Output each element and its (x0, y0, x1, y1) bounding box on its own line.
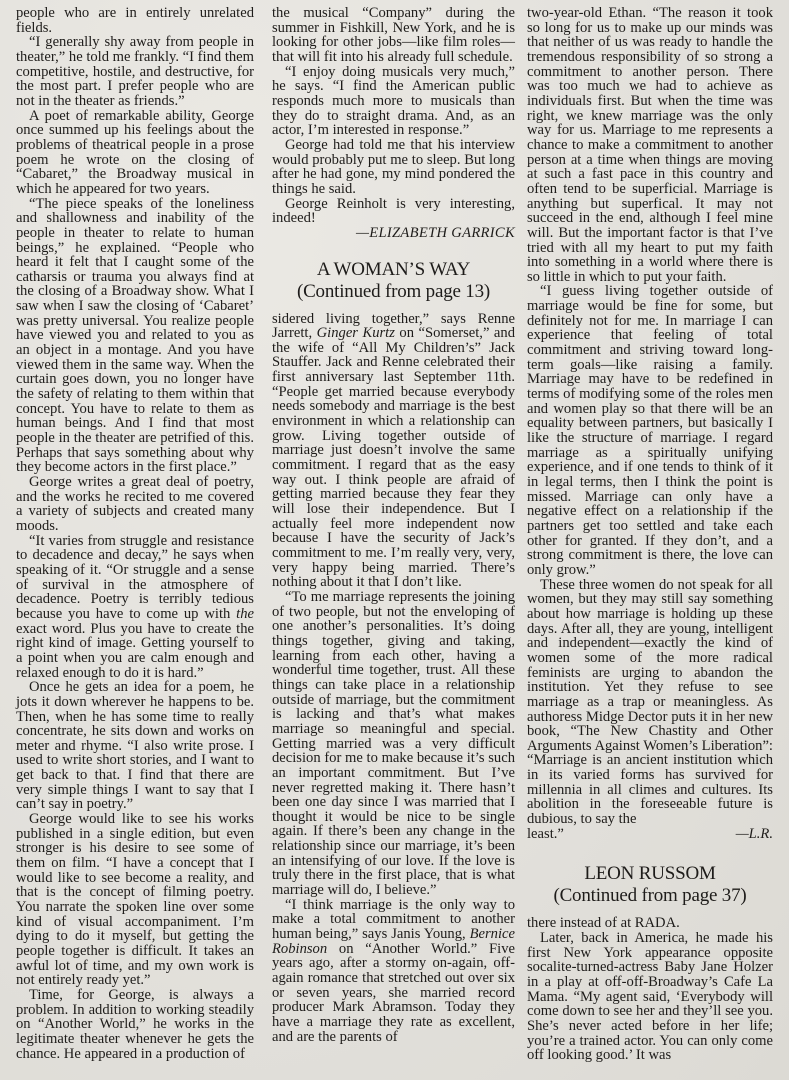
text: least.” (527, 827, 564, 842)
paragraph: Later, back in America, he made his firs… (527, 931, 773, 1063)
text: on “Somerset,” and the wife of “All My C… (272, 325, 515, 590)
headline-title: A WOMAN’S WAY (272, 259, 515, 280)
paragraph: the musical “Company” during the summer … (272, 6, 515, 65)
headline-title: LEON RUSSOM (527, 863, 773, 884)
italic-text: the (236, 606, 254, 622)
paragraph: George had told me that his interview wo… (272, 138, 515, 197)
text: “It varies from struggle and resistance … (16, 533, 254, 622)
column-2: the musical “Company” during the summer … (272, 6, 515, 1044)
paragraph: George would like to see his works publi… (16, 812, 254, 988)
author-byline: —ELIZABETH GARRICK (272, 226, 515, 241)
paragraph: “I think marriage is the only way to mak… (272, 898, 515, 1045)
paragraph: “To me marriage represents the joining o… (272, 590, 515, 898)
magazine-page: people who are in entirely unrelated fie… (0, 0, 789, 1080)
paragraph: “I guess living together outside of marr… (527, 284, 773, 577)
paragraph: “It varies from struggle and resistance … (16, 534, 254, 681)
headline-continued: (Continued from page 13) (272, 281, 515, 302)
paragraph: “I generally shy away from people in the… (16, 35, 254, 108)
italic-text: Ginger Kurtz (317, 325, 395, 341)
paragraph: George writes a great deal of poetry, an… (16, 475, 254, 534)
text: on “Another World.” Five years ago, afte… (272, 941, 515, 1045)
paragraph: George Reinholt is very interesting, ind… (272, 197, 515, 226)
article-headline-a-womans-way: A WOMAN’S WAY (Continued from page 13) (272, 259, 515, 302)
article-headline-leon-russom: LEON RUSSOM (Continued from page 37) (527, 863, 773, 906)
paragraph: “The piece speaks of the loneliness and … (16, 197, 254, 475)
paragraph: sidered living together,” says Renne Jar… (272, 312, 515, 590)
paragraph: there instead of at RADA. (527, 916, 773, 931)
paragraph: Once he gets an idea for a poem, he jots… (16, 680, 254, 812)
paragraph: people who are in entirely unrelated fie… (16, 6, 254, 35)
column-3: two-year-old Ethan. “The reason it took … (527, 6, 773, 1063)
paragraph: A poet of remarkable ability, George onc… (16, 109, 254, 197)
paragraph: “I enjoy doing musicals very much,” he s… (272, 65, 515, 138)
text: exact word. Plus you have to create the … (16, 621, 254, 681)
headline-continued: (Continued from page 37) (527, 885, 773, 906)
paragraph: two-year-old Ethan. “The reason it took … (527, 6, 773, 284)
paragraph: Time, for George, is always a problem. I… (16, 988, 254, 1061)
signoff-line: least.” —L.R. (527, 827, 773, 842)
author-initials: —L.R. (736, 827, 773, 842)
paragraph: These three women do not speak for all w… (527, 578, 773, 827)
column-1: people who are in entirely unrelated fie… (16, 6, 254, 1061)
